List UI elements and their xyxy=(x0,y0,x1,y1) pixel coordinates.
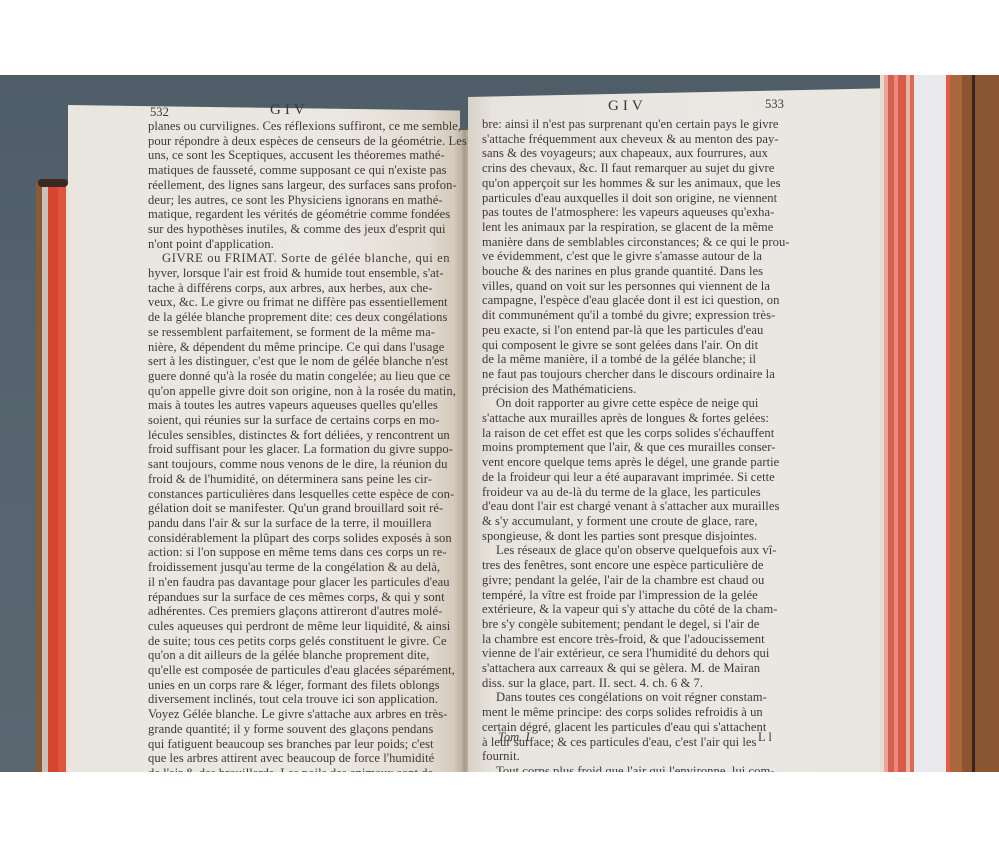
text-line: n'ont point d'application. xyxy=(148,237,453,252)
text-line: s'attachera aux carreaux & qui se gèlera… xyxy=(482,661,822,676)
text-line: de la même manière, il a tombé de la gél… xyxy=(482,352,822,367)
text-line: lécules sensibles, distinctes & fort dél… xyxy=(148,428,453,443)
text-line: particules d'eau auxquelles il doit son … xyxy=(482,191,822,206)
text-line: qui composent le givre se sont gelées da… xyxy=(482,338,822,353)
text-line: cules aqueuses qui perdront de même leur… xyxy=(148,619,453,634)
text-line: la chambre est encore très-froid, & que … xyxy=(482,632,822,647)
text-line: crins des chevaux, &c. Il faut remarquer… xyxy=(482,161,822,176)
left-cover-corner xyxy=(38,179,68,187)
footer-volume: Tom. I. xyxy=(498,730,533,745)
text-line: qui fatiguent beaucoup ses branches par … xyxy=(148,737,453,752)
text-line: sans & des voyageurs; aux chapeaux, aux … xyxy=(482,146,822,161)
text-line: sert à les distinguer, c'est que le nom … xyxy=(148,354,453,369)
text-line: moins promptement que l'air, & que ces m… xyxy=(482,440,822,455)
text-line: constances particulières dans lesquelles… xyxy=(148,487,453,502)
text-line: villes, quand on voit sur les personnes … xyxy=(482,279,822,294)
text-line: pas toutes de l'atmosphere: les vapeurs … xyxy=(482,205,822,220)
text-line: vent encore quelque tems après le dégel,… xyxy=(482,455,822,470)
text-line: action: si l'on suppose en même tems dan… xyxy=(148,545,453,560)
text-line: pandu dans l'air & sur la surface de la … xyxy=(148,516,453,531)
text-line: adhérentes. Ces premiers glaçons attirer… xyxy=(148,604,453,619)
text-line: peu exacte, si l'on entend par-là que le… xyxy=(482,323,822,338)
text-line: On doit rapporter au givre cette espèce … xyxy=(482,396,822,411)
text-line: répandues sur la surface de ces mêmes co… xyxy=(148,590,453,605)
text-line: vienne de l'air extérieur, ce sera l'hum… xyxy=(482,646,822,661)
text-line: bre: ainsi il n'est pas surprenant qu'en… xyxy=(482,117,822,132)
text-line: tache à différens corps, aux arbres, aux… xyxy=(148,281,453,296)
text-line: Dans toutes ces congélations on voit rég… xyxy=(482,690,822,705)
text-line: sant toujours, comme nous venons de le d… xyxy=(148,457,453,472)
right-page-edges-and-cover xyxy=(880,75,999,772)
text-line: manière dans de semblables circonstances… xyxy=(482,235,822,250)
text-line: pour répondre à deux espèces de censeurs… xyxy=(148,134,453,149)
text-line: lent les animaux par la respiration, se … xyxy=(482,220,822,235)
text-line: guere donné qu'à la rosée du matin conge… xyxy=(148,369,453,384)
text-line: diversement inclinés, tout cela trouve i… xyxy=(148,692,453,707)
text-line: sur des hypothèses inutiles, & comme des… xyxy=(148,222,453,237)
text-line: il n'en faudra pas davantage pour glacer… xyxy=(148,575,453,590)
text-line: s'attache fréquemment aux cheveux & au m… xyxy=(482,132,822,147)
entry-heading-givre: GIVRE ou FRIMAT. Sorte de gélée blanche,… xyxy=(148,251,453,266)
text-line: qu'on appelle givre doit son origine, no… xyxy=(148,384,453,399)
text-line: gélation doit se manifester. Qu'un grand… xyxy=(148,501,453,516)
text-line: précision des Mathématiciens. xyxy=(482,382,822,397)
text-line: la raison de cet effet est que les corps… xyxy=(482,426,822,441)
text-line: grande quantité; il y forme souvent des … xyxy=(148,722,453,737)
text-line: extérieure, & la vapeur qui s'y attache … xyxy=(482,602,822,617)
text-line: hyver, lorsque l'air est froid & humide … xyxy=(148,266,453,281)
right-page-number: 533 xyxy=(765,97,784,112)
text-line: mais à toutes les autres vapeurs aqueuse… xyxy=(148,398,453,413)
text-line: d'eau dont l'air est chargé venant à s'a… xyxy=(482,499,822,514)
text-line: deur; les autres, ce sont les Physiciens… xyxy=(148,193,453,208)
text-line: réellement, des lignes sans largeur, des… xyxy=(148,178,453,193)
text-line: nière, & dépendent du même principe. Ce … xyxy=(148,340,453,355)
text-line: uns, ce sont les Sceptiques, accusent le… xyxy=(148,148,453,163)
text-line: de suite; tous ces petits corps gelés co… xyxy=(148,634,453,649)
text-line: Voyez Gélée blanche. Le givre s'attache … xyxy=(148,707,453,722)
text-line: ne faut pas toujours chercher dans le di… xyxy=(482,367,822,382)
text-line: de la froideur qui leur a été auparavant… xyxy=(482,470,822,485)
text-line: & s'y accumulant, y forment une croute d… xyxy=(482,514,822,529)
text-line: diss. sur la glace, part. II. sect. 4. c… xyxy=(482,676,822,691)
left-page-edges xyxy=(36,183,70,772)
text-line: fournit. xyxy=(482,749,822,764)
text-line: froidissement jusqu'au terme de la congé… xyxy=(148,560,453,575)
text-line: tempéré, la vître est froide par l'impre… xyxy=(482,588,822,603)
text-line: dit communément qu'il a tombé du givre; … xyxy=(482,308,822,323)
text-line: givre; pendant la gelée, l'air de la cha… xyxy=(482,573,822,588)
text-line: qu'on apperçoit sur les hommes & sur les… xyxy=(482,176,822,191)
text-line: bouche & des narines en plus grande quan… xyxy=(482,264,822,279)
text-line: campagne, l'espèce d'eau glacée dont il … xyxy=(482,293,822,308)
text-line: de l'air & des brouillards. Les poils de… xyxy=(148,766,453,772)
text-line: qu'on a dit ailleurs de la gélée blanche… xyxy=(148,648,453,663)
text-line: qu'elle est composée de particules d'eau… xyxy=(148,663,453,678)
text-line: matiques de fausseté, comme supposant ce… xyxy=(148,163,453,178)
text-line: soient, qui réunies sur la surface de ce… xyxy=(148,413,453,428)
left-page-text: planes ou curvilignes. Ces réflexions su… xyxy=(148,119,453,772)
right-page-text: bre: ainsi il n'est pas surprenant qu'en… xyxy=(482,117,822,772)
text-line: se ressemblent parfaitement, se forment … xyxy=(148,325,453,340)
text-line: froid & de l'humidité, on déterminera sa… xyxy=(148,472,453,487)
text-line: Les réseaux de glace qu'on observe quelq… xyxy=(482,543,822,558)
text-line: froideur va au de-là du terme de la glac… xyxy=(482,485,822,500)
left-running-head: GIV xyxy=(270,102,309,119)
text-line: froid suffisant pour les glacer. La form… xyxy=(148,442,453,457)
text-line: que les arbres attirent avec beaucoup de… xyxy=(148,751,453,766)
text-line: matique, regardent les vérités de géomét… xyxy=(148,207,453,222)
text-line: ve évidemment, c'est que le givre s'amas… xyxy=(482,249,822,264)
text-line: planes ou curvilignes. Ces réflexions su… xyxy=(148,119,453,134)
footer-signature-mark: L l xyxy=(758,730,772,745)
text-line: veux, &c. Le givre ou frimat ne diffère … xyxy=(148,295,453,310)
right-running-head: GIV xyxy=(608,98,647,115)
text-line: considérablement la plûpart des corps so… xyxy=(148,531,453,546)
text-line: spongieuse, & dont les parties sont pres… xyxy=(482,529,822,544)
text-line: s'attache aux murailles après de longues… xyxy=(482,411,822,426)
text-line: tres des fenêtres, sont encore une espèc… xyxy=(482,558,822,573)
text-line: bre s'y congèle subitement; pendant le d… xyxy=(482,617,822,632)
text-line: de la gélée blanche proprement dite: ces… xyxy=(148,310,453,325)
text-line: ment le même principe: des corps solides… xyxy=(482,705,822,720)
left-page-number: 532 xyxy=(150,105,169,120)
book-photograph: 532 GIV planes ou curvilignes. Ces réfle… xyxy=(0,75,999,772)
text-line: unies en un corps rare & léger, formant … xyxy=(148,678,453,693)
text-line: Tout corps plus froid que l'air qui l'en… xyxy=(482,764,822,772)
